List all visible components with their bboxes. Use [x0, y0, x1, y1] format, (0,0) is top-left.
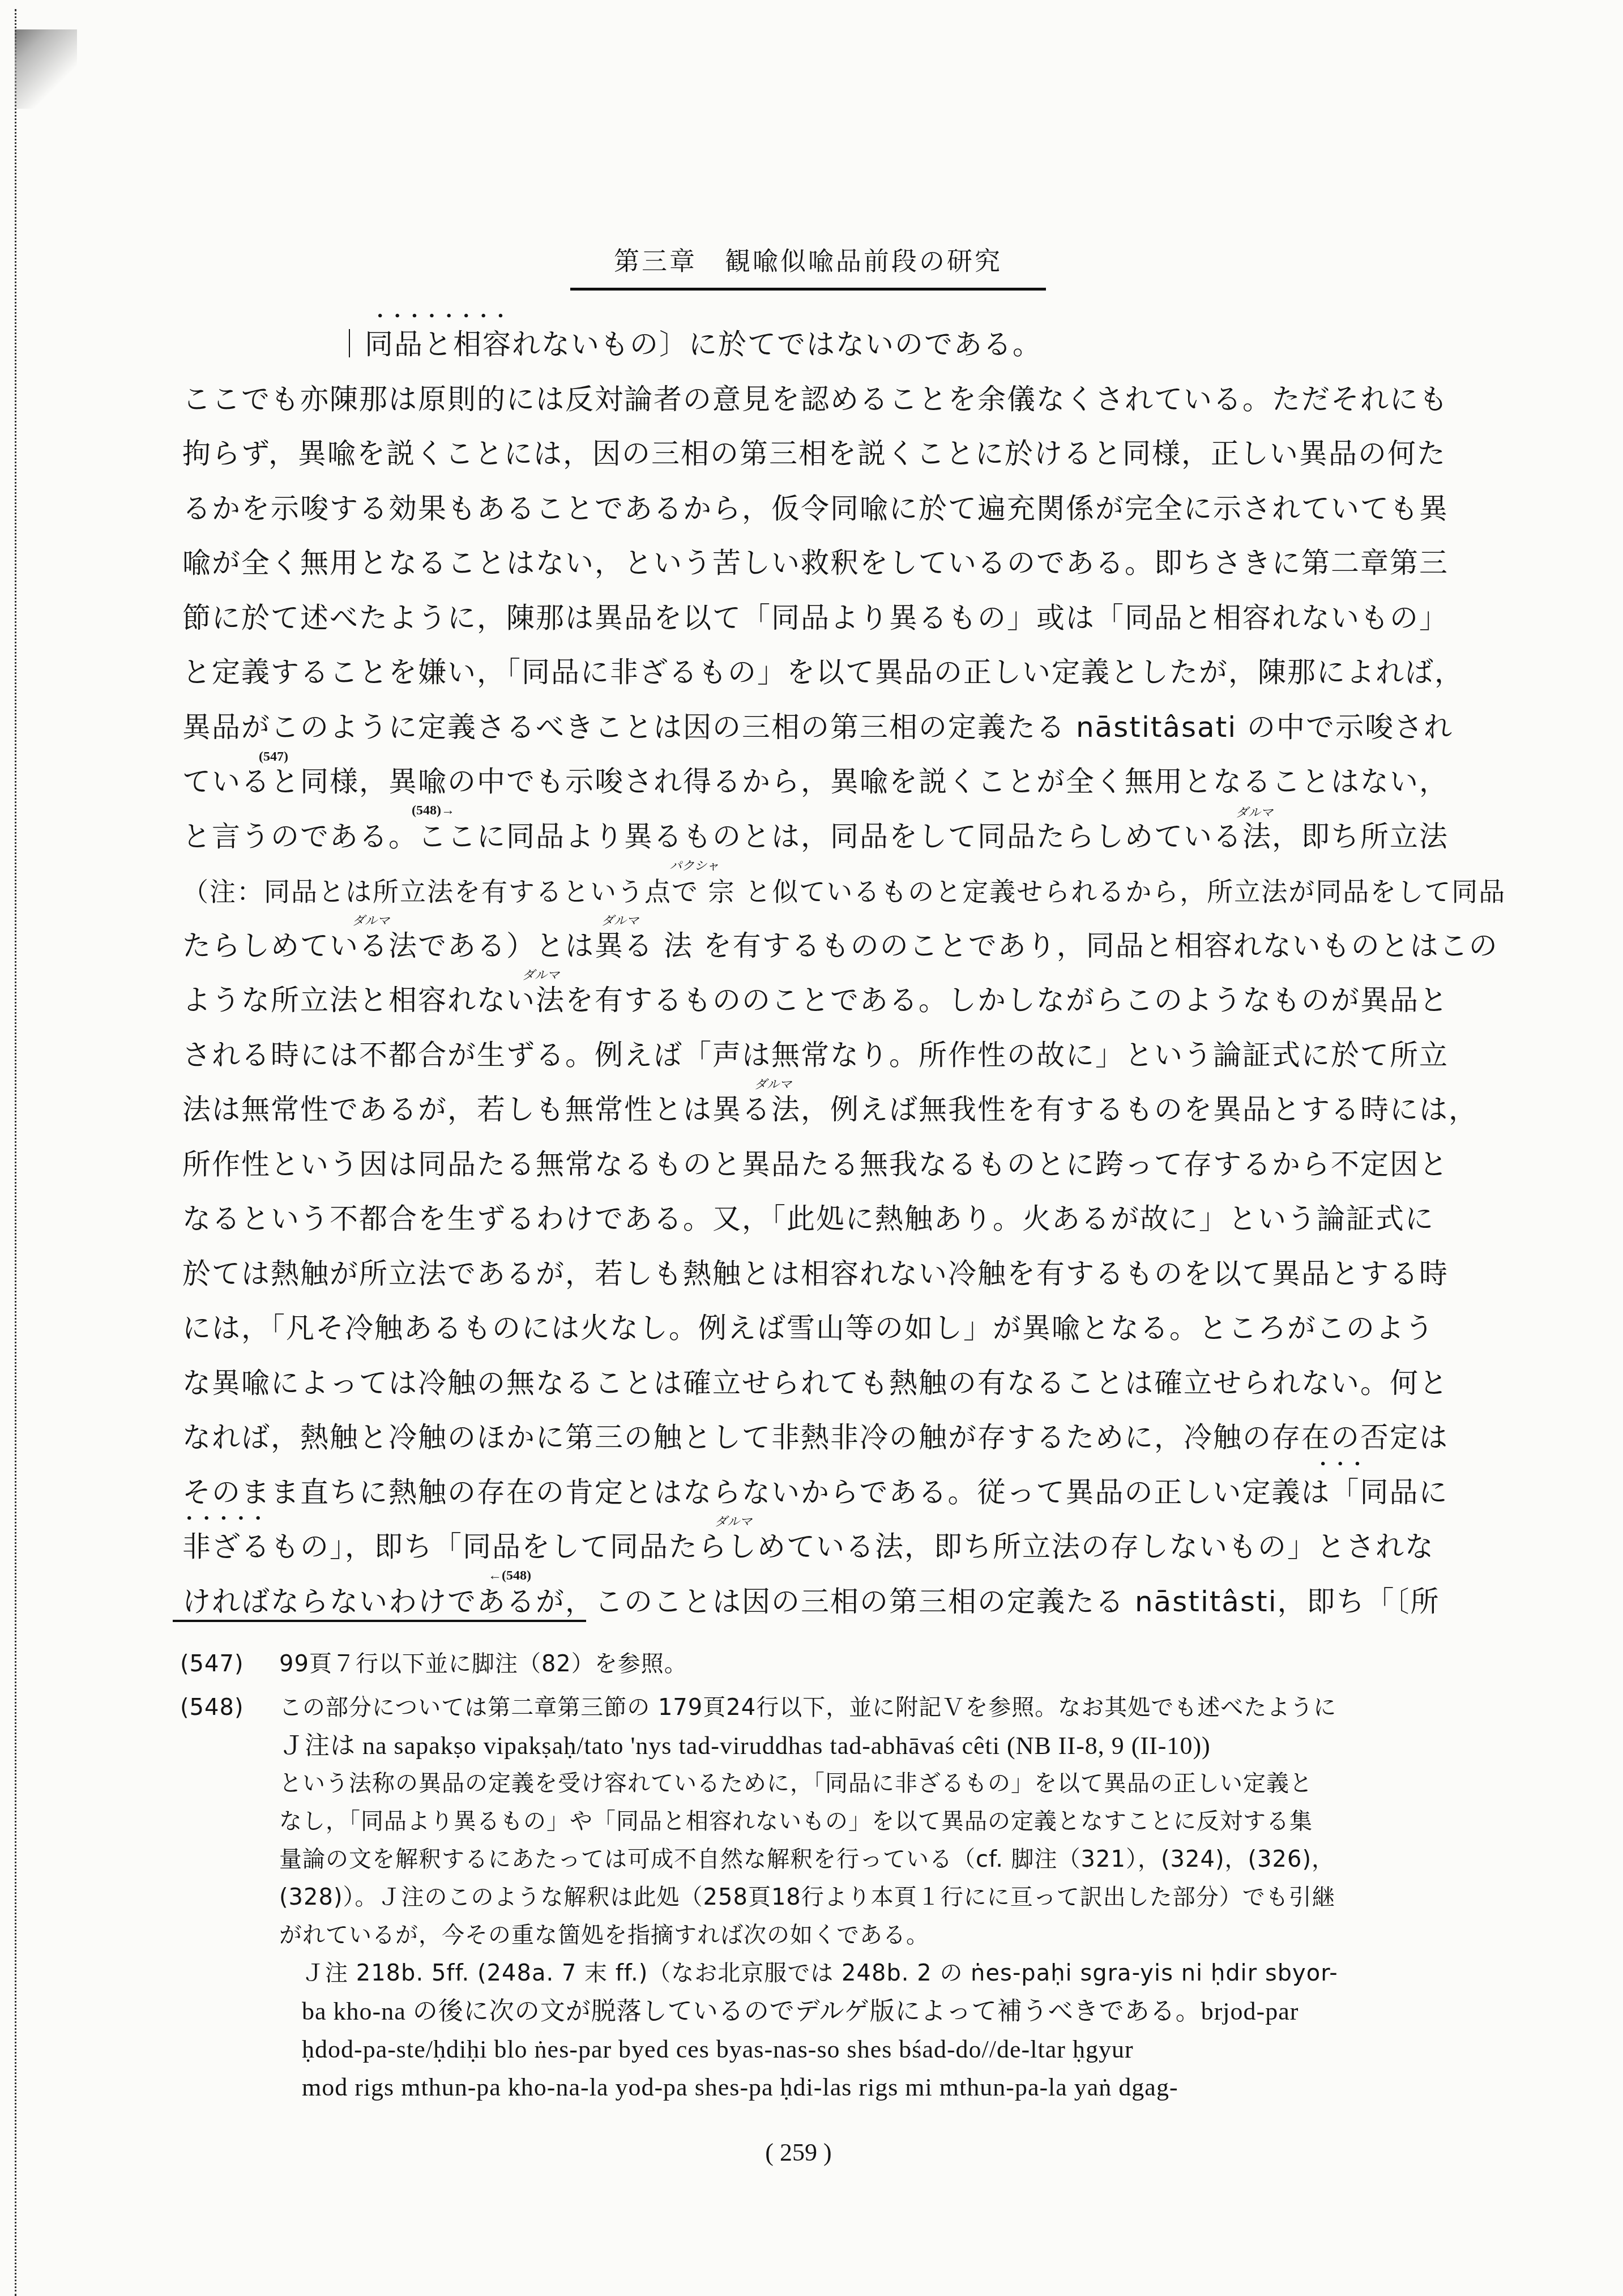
- ruby-dharma: ダルマ: [352, 915, 390, 928]
- ruby-dharma: ダルマ: [522, 970, 559, 982]
- footnote-line: という法称の異品の定義を受け容れているために，「同品に非ざるもの」を以て異品の正…: [279, 1765, 1443, 1803]
- footnote-line: この部分については第二章第三節の 179頁24行以下，並に附記Ｖを参照。なお其処…: [279, 1689, 1443, 1727]
- footnote-subline: mod rigs mthun-pa kho-na-la yod-pa shes-…: [279, 2068, 1443, 2106]
- ruby-paksha: パクシャ: [669, 860, 719, 873]
- text-line: される時には不都合が生ずる。例えば「声は無常なり。所作性の故に」という論証式に於…: [182, 1028, 1442, 1083]
- footnote-number: (548): [180, 1689, 265, 1727]
- footnote-line: がれているが，今その重な箇処を指摘すれば次の如くである。: [279, 1917, 1443, 1954]
- text-line: 節に於て述べたように，陳那は異品を以て「同品より異るもの」或は「同品と相容れない…: [182, 591, 1442, 646]
- scan-binding-edge: [15, 9, 30, 2296]
- footnote-subline: ba kho-na の後に次の文が脱落しているのでデルゲ版によって補うべきである…: [279, 1992, 1443, 2030]
- emphasis-dots: ••••••••: [378, 309, 515, 323]
- page-number: ( 259 ): [753, 2138, 844, 2167]
- text-line: 拘らず，異喩を説くことには，因の三相の第三相を説くことに於けると同様，正しい異品…: [182, 426, 1442, 481]
- note-ref-548-start[interactable]: (548)→: [412, 804, 455, 817]
- footnotes: (547) 99頁７行以下並に脚注（82）を参照。 (548) この部分について…: [180, 1645, 1443, 2106]
- text-line: ダルマ ダルマ たらしめている法である）とは異る 法 を有するもののことであり，…: [182, 919, 1442, 974]
- footnote-separator: [173, 1620, 586, 1622]
- text-line: 於ては熱触が所立法であるが，若しも熱触とは相容れない冷触を有するものを以て異品と…: [182, 1247, 1442, 1301]
- footnote-subline: Ｊ注 218b. 5ff. (248a. 7 末 ff.)（なお北京服では 24…: [279, 1954, 1443, 1992]
- footnote-line: Ｊ注は na sapakṣo vipakṣaḥ/tato 'nys tad-vi…: [279, 1727, 1443, 1765]
- text-line: (548)→ ダルマ と言うのである。ここに同品より異るものとは，同品をして同品…: [182, 809, 1442, 864]
- text-line: と定義することを嫌い，「同品に非ざるもの」を以て異品の正しい定義としたが，陳那に…: [182, 645, 1442, 700]
- text-line: 喩が全く無用となることはない，という苦しい救釈をしているのである。即ちさきに第二…: [182, 536, 1442, 591]
- text-line: ダルマ ような所立法と相容れない法を有するもののことである。しかしながらこのよう…: [182, 973, 1442, 1028]
- footnote-line: なし，「同品より異るもの」や「同品と相容れないもの」を以て異品の定義となすことに…: [279, 1803, 1443, 1841]
- scan-shadow: [15, 29, 77, 109]
- note-ref-548-end[interactable]: ←(548): [488, 1569, 531, 1582]
- footnote-line: (328)）。Ｊ注のこのような解釈は此処（258頁18行より本頁１行にに亘って訳…: [279, 1879, 1443, 1917]
- text-line: ••••• ダルマ 非ざるもの」，即ち「同品をして同品たらしめている法，即ち所立…: [182, 1520, 1442, 1574]
- running-head: 第三章 観喩似喩品前段の研究: [570, 241, 1046, 291]
- text-line: ダルマ 法は無常性であるが，若しも無常性とは異る法，例えば無我性を有するものを異…: [182, 1082, 1442, 1137]
- footnote-line: 99頁７行以下並に脚注（82）を参照。: [279, 1645, 1443, 1683]
- footnote-548: (548) この部分については第二章第三節の 179頁24行以下，並に附記Ｖを参…: [180, 1689, 1443, 2106]
- text-line: パクシャ （注：同品とは所立法を有するという点で 宗 と似ているものと定義せられ…: [182, 864, 1442, 919]
- main-text: •••••••• ｜同品と相容れないもの〕に於てではないのである。 ここでも亦陳…: [182, 317, 1442, 1629]
- text-line: には，「凡そ冷触あるものには火なし。例えば雪山等の如し」が異喩となる。ところがこ…: [182, 1301, 1442, 1356]
- text-line: なれば，熱触と冷触のほかに第三の触として非熱非冷の触が存するために，冷触の存在の…: [182, 1410, 1442, 1465]
- ruby-dharma: ダルマ: [601, 915, 639, 928]
- text-line: なるという不都合を生ずるわけである。又，「此処に熱触あり。火あるが故に」という論…: [182, 1192, 1442, 1247]
- footnote-547: (547) 99頁７行以下並に脚注（82）を参照。: [180, 1645, 1443, 1683]
- footnote-subline: ḥdod-pa-ste/ḥdiḥi blo ṅes-par byed ces b…: [279, 2030, 1443, 2068]
- text-line: 異品がこのように定義さるべきことは因の三相の第三相の定義たる nāstitâsa…: [182, 700, 1442, 755]
- note-ref-547[interactable]: (547): [259, 750, 288, 763]
- text-line: 所作性という因は同品たる無常なるものと異品たる無我なるものとに跨って存するから不…: [182, 1137, 1442, 1192]
- ruby-dharma: ダルマ: [754, 1079, 792, 1091]
- text-line: るかを示唆する効果もあることであるから，仮令同喩に於て遍充関係が完全に示されてい…: [182, 481, 1442, 536]
- text-line: (547) ていると同様，異喩の中でも示唆され得るから，異喩を説くことが全く無用…: [182, 754, 1442, 809]
- emphasis-dots: •••: [1321, 1457, 1372, 1471]
- footnote-number: (547): [180, 1645, 265, 1683]
- ruby-dharma: ダルマ: [1236, 807, 1273, 820]
- text-line: •••••••• ｜同品と相容れないもの〕に於てではないのである。: [182, 317, 1442, 372]
- text-line: ••• そのまま直ちに熱触の存在の肯定とはならないからである。従って異品の正しい…: [182, 1465, 1442, 1520]
- text-line: な異喩によっては冷触の無なることは確立せられても熱触の有なることは確立せられない…: [182, 1356, 1442, 1411]
- emphasis-dots: •••••: [187, 1512, 273, 1525]
- ruby-dharma: ダルマ: [715, 1516, 752, 1529]
- footnote-line: 量論の文を解釈するにあたっては可成不自然な解釈を行っている（cf. 脚注（321…: [279, 1841, 1443, 1879]
- text-line: ここでも亦陳那は原則的には反対論者の意見を認めることを余儀なくされている。ただそ…: [182, 372, 1442, 427]
